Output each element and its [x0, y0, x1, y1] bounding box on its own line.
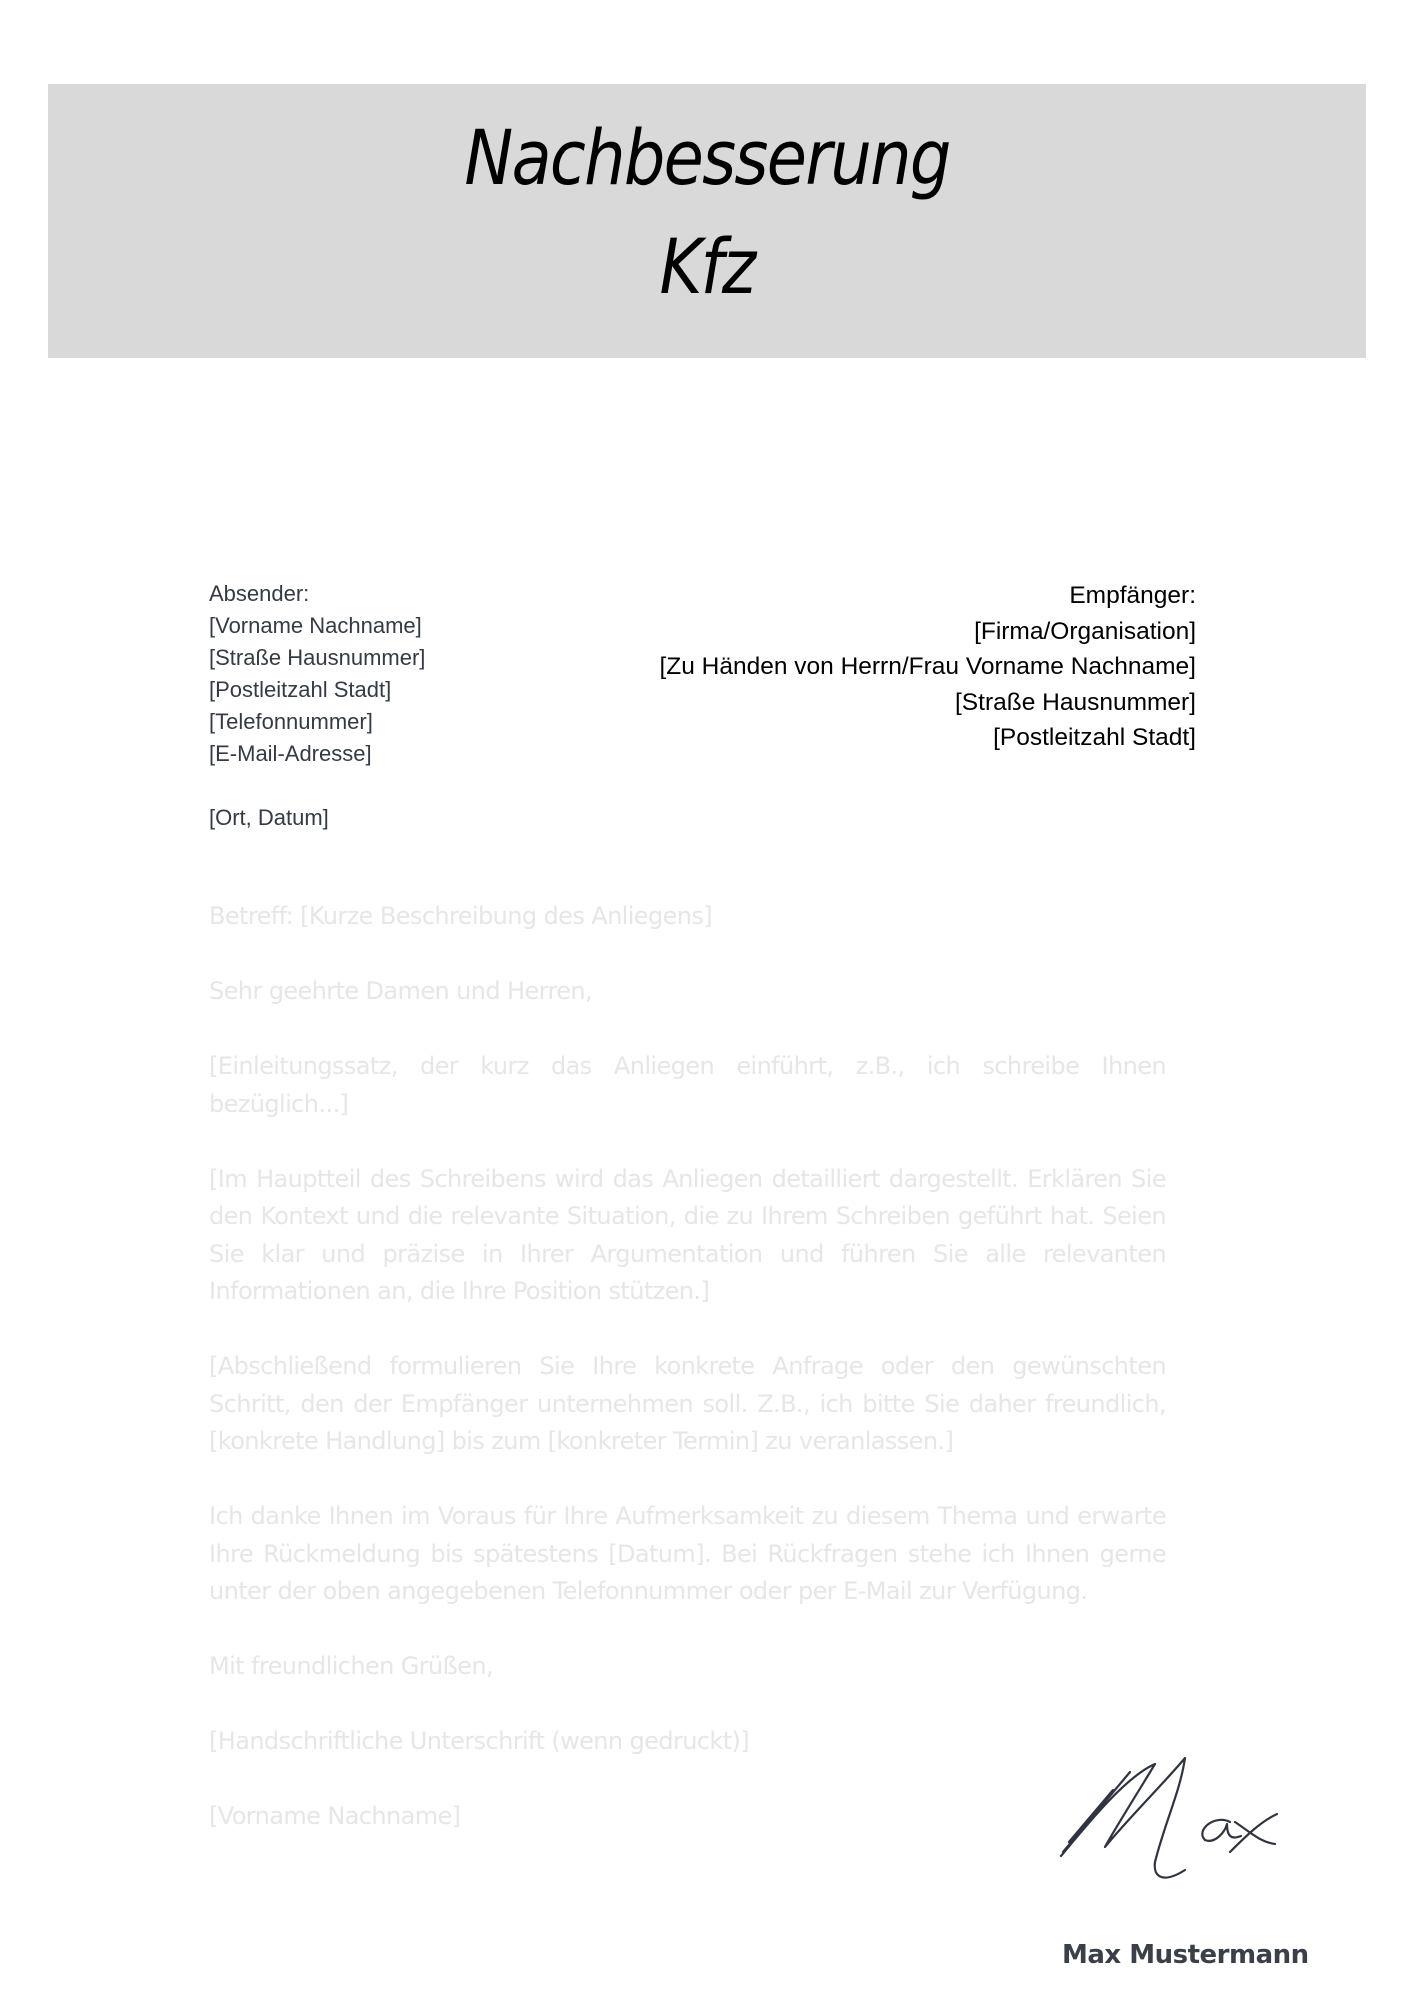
- sender-address-block: Absender: [Vorname Nachname] [Straße Hau…: [209, 578, 425, 834]
- signer-name: Max Mustermann: [1062, 1940, 1309, 1970]
- sender-phone: [Telefonnummer]: [209, 706, 425, 738]
- document-title-line-2: Kfz: [140, 229, 1273, 305]
- signature-placeholder: [Handschriftliche Unterschrift (wenn ged…: [209, 1723, 1166, 1761]
- recipient-street: [Straße Hausnummer]: [659, 685, 1196, 721]
- sender-postal-city: [Postleitzahl Stadt]: [209, 674, 425, 706]
- spacer: [209, 770, 425, 802]
- recipient-postal-city: [Postleitzahl Stadt]: [659, 720, 1196, 756]
- salutation: Sehr geehrte Damen und Herren,: [209, 973, 1166, 1011]
- document-title-line-1: Nachbesserung: [140, 120, 1273, 196]
- sender-label: Absender:: [209, 578, 425, 610]
- handwritten-signature: [1055, 1752, 1285, 1892]
- title-banner: Nachbesserung Kfz: [48, 84, 1366, 358]
- recipient-label: Empfänger:: [659, 578, 1196, 614]
- intro-paragraph: [Einleitungssatz, der kurz das Anliegen …: [209, 1048, 1166, 1123]
- sender-street: [Straße Hausnummer]: [209, 642, 425, 674]
- place-date: [Ort, Datum]: [209, 802, 425, 834]
- recipient-company: [Firma/Organisation]: [659, 614, 1196, 650]
- sender-email: [E-Mail-Adresse]: [209, 738, 425, 770]
- recipient-attention: [Zu Händen von Herrn/Frau Vorname Nachna…: [659, 649, 1196, 685]
- sender-name: [Vorname Nachname]: [209, 610, 425, 642]
- main-paragraph: [Im Hauptteil des Schreibens wird das An…: [209, 1161, 1166, 1311]
- closing-paragraph: Ich danke Ihnen im Voraus für Ihre Aufme…: [209, 1498, 1166, 1611]
- recipient-address-block: Empfänger: [Firma/Organisation] [Zu Händ…: [659, 578, 1196, 756]
- request-paragraph: [Abschließend formulieren Sie Ihre konkr…: [209, 1348, 1166, 1461]
- name-placeholder: [Vorname Nachname]: [209, 1798, 1166, 1836]
- subject-line: Betreff: [Kurze Beschreibung des Anliege…: [209, 898, 1166, 936]
- closing-greeting: Mit freundlichen Grüßen,: [209, 1648, 1166, 1686]
- letter-body: Betreff: [Kurze Beschreibung des Anliege…: [209, 898, 1166, 1873]
